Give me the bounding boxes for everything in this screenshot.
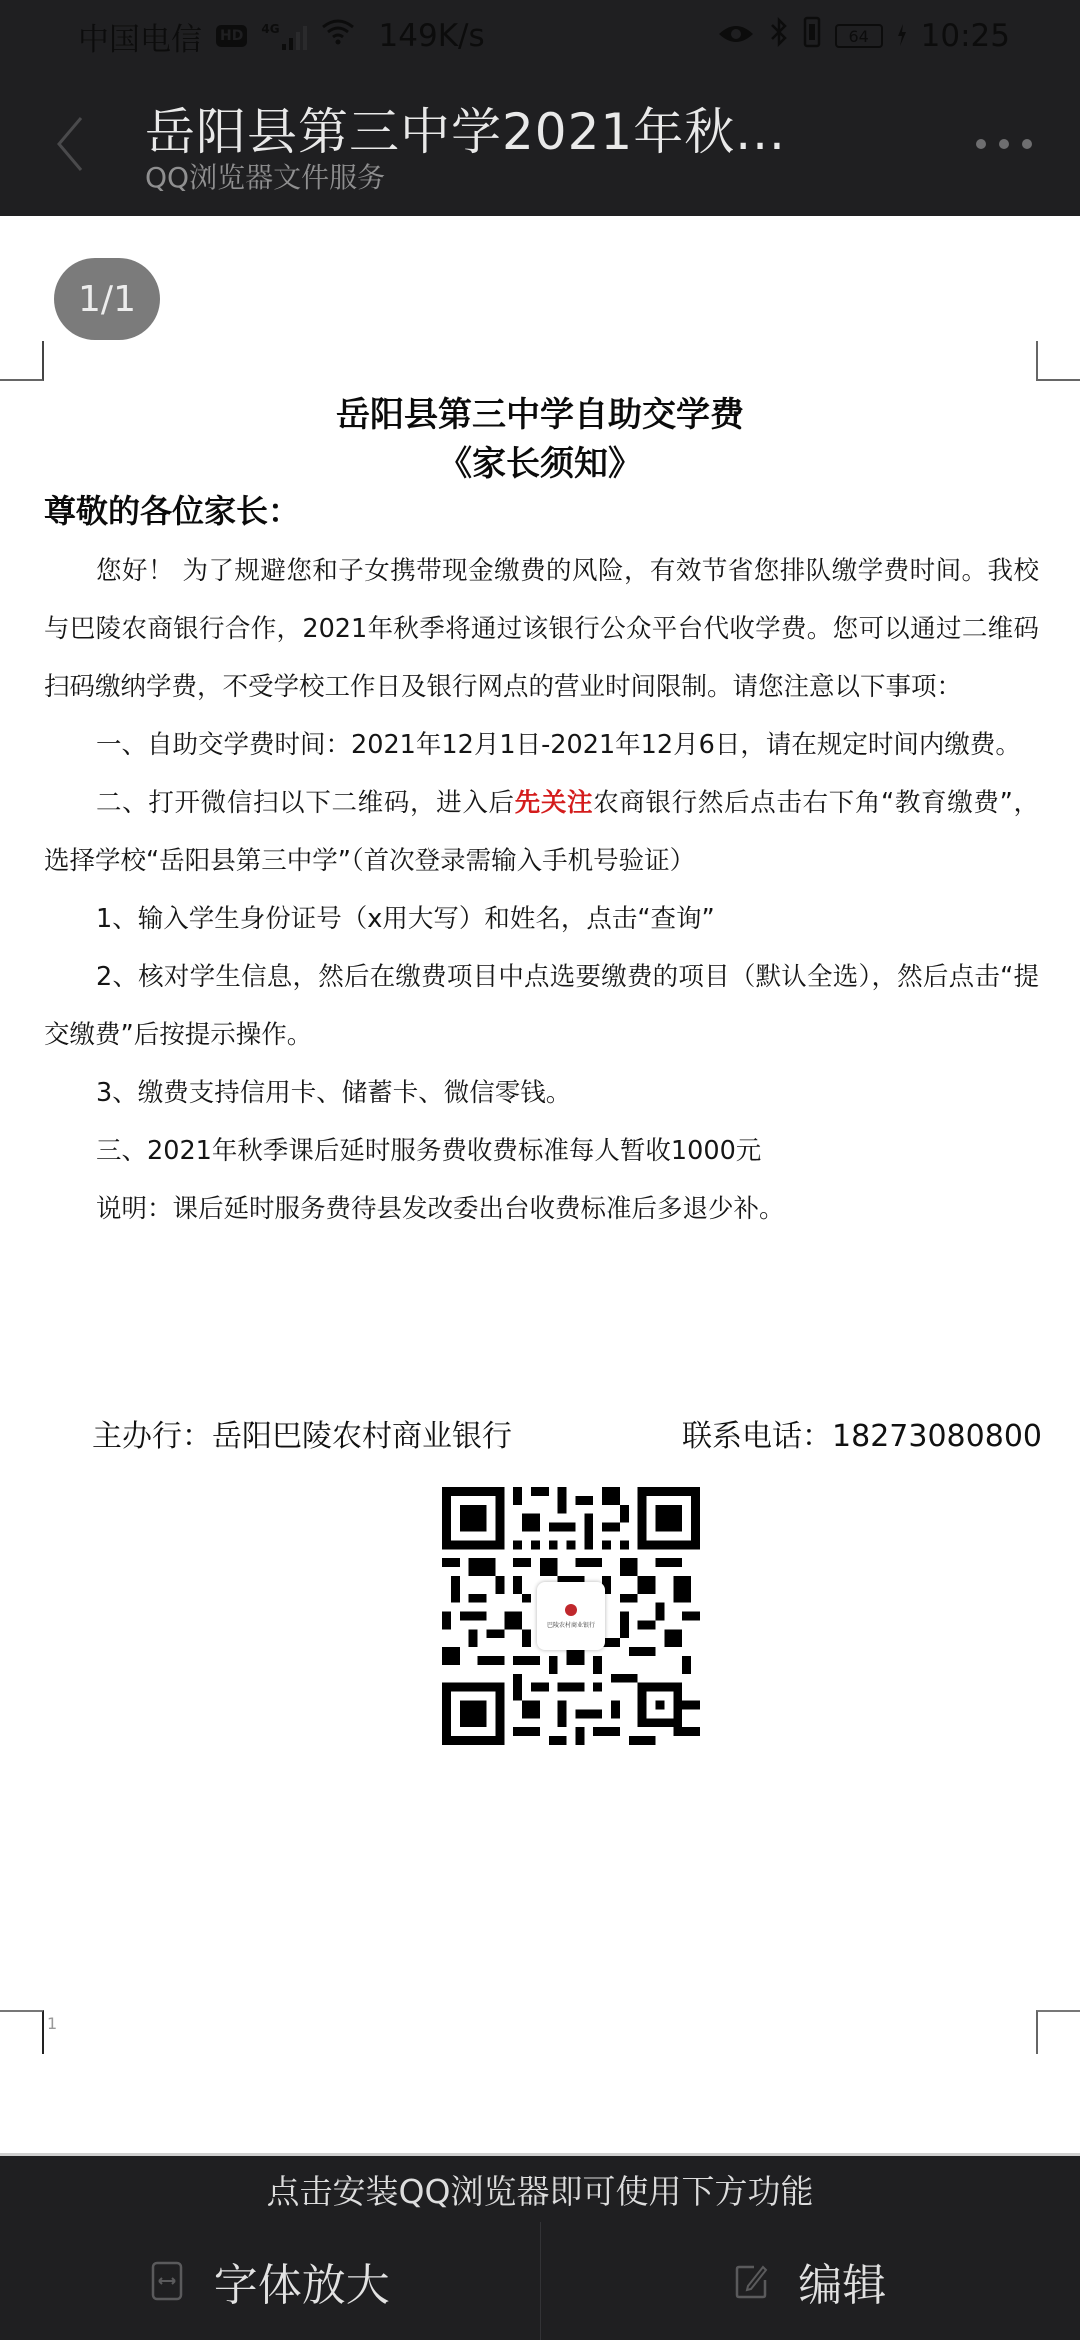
back-button[interactable] (40, 108, 100, 180)
hd-badge: HD (216, 25, 247, 47)
more-dot (999, 139, 1009, 149)
status-left: 中国电信 HD 4G 149K/s (78, 14, 485, 59)
paragraph-instructions: 二、打开微信扫以下二维码，进入后先关注农商银行然后点击右下角“教育缴费”，选择学… (44, 774, 1039, 890)
more-dots-icon (976, 139, 986, 149)
bottom-toolbar: 字体放大 编辑 (0, 2222, 1080, 2340)
font-enlarge-icon (150, 2260, 184, 2302)
highlight-follow-first: 先关注 (515, 788, 594, 818)
edit-icon (734, 2260, 768, 2302)
bank-logo-text: 巴陵农村商业银行 (547, 1620, 595, 1629)
document-title: 岳阳县第三中学自助交学费 (0, 387, 1080, 436)
organizer-bank: 主办行：岳阳巴陵农村商业银行 (92, 1411, 512, 1455)
paragraph-time: 一、自助交学费时间：2021年12月1日-2021年12月6日，请在规定时间内缴… (44, 716, 1039, 774)
edit-label: 编辑 (798, 2249, 886, 2313)
signal-icon: 4G (261, 22, 306, 50)
vibrate-icon (803, 16, 821, 56)
contact-phone: 联系电话：18273080800 (682, 1411, 1042, 1455)
paragraph-fee: 三、2021年秋季课后延时服务费收费标准每人暂收1000元 (44, 1122, 1039, 1180)
font-enlarge-button[interactable]: 字体放大 (0, 2222, 540, 2340)
eye-comfort-icon (717, 18, 755, 54)
page-subtitle: QQ浏览器文件服务 (145, 156, 385, 196)
network-speed: 149K/s (379, 18, 485, 54)
install-banner[interactable]: 点击安装QQ浏览器即可使用下方功能 (0, 2156, 1080, 2222)
document-subtitle: 《家长须知》 (0, 436, 1080, 485)
network-type: 4G (261, 22, 279, 36)
paragraph-note: 说明：课后延时服务费待县发改委出台收费标准后多退少补。 (44, 1180, 1039, 1238)
crop-mark-bottom-right (1036, 2010, 1080, 2054)
battery-icon: 64 (835, 24, 883, 48)
bluetooth-icon (769, 17, 789, 55)
crop-mark-top-right (1036, 341, 1080, 381)
instructions-before: 二、打开微信扫以下二维码，进入后 (96, 788, 515, 818)
font-enlarge-label: 字体放大 (214, 2249, 390, 2313)
paragraph-intro: 您好！ 为了规避您和子女携带现金缴费的风险，有效节省您排队缴学费时间。我校与巴陵… (44, 542, 1039, 716)
edit-button[interactable]: 编辑 (540, 2222, 1080, 2340)
status-right: 64 10:25 (717, 16, 1010, 56)
battery-level: 64 (848, 27, 868, 46)
qr-code: 巴陵农村商业银行 (442, 1487, 700, 1745)
page-number: 1 (47, 2014, 57, 2033)
more-options-button[interactable] (968, 118, 1040, 170)
paragraph-step-2: 2、核对学生信息，然后在缴费项目中点选要缴费的项目（默认全选），然后点击“提交缴… (44, 948, 1039, 1064)
paragraph-step-1: 1、输入学生身份证号（x用大写）和姓名，点击“查询” (44, 890, 1039, 948)
bank-logo-icon (565, 1604, 577, 1616)
clock: 10:25 (921, 18, 1010, 54)
crop-mark-bottom-left (0, 2010, 44, 2054)
crop-mark-top-left (0, 341, 44, 381)
charging-icon (897, 18, 907, 54)
wifi-icon (321, 18, 355, 54)
paragraph-step-3: 3、缴费支持信用卡、储蓄卡、微信零钱。 (44, 1064, 1039, 1122)
more-dot (1022, 139, 1032, 149)
app-header: 岳阳县第三中学2021年秋... QQ浏览器文件服务 (0, 72, 1080, 216)
document-viewer[interactable]: 1/1 岳阳县第三中学自助交学费 《家长须知》 尊敬的各位家长： 您好！ 为了规… (0, 217, 1080, 2153)
page-indicator: 1/1 (54, 258, 160, 340)
document-body: 您好！ 为了规避您和子女携带现金缴费的风险，有效节省您排队缴学费时间。我校与巴陵… (44, 542, 1039, 1238)
carrier-name: 中国电信 (78, 14, 202, 59)
page-title: 岳阳县第三中学2021年秋... (145, 92, 786, 164)
salutation: 尊敬的各位家长： (44, 486, 300, 532)
bank-logo: 巴陵农村商业银行 (537, 1582, 605, 1650)
status-bar: 中国电信 HD 4G 149K/s 64 10:25 (0, 0, 1080, 72)
contact-line: 主办行：岳阳巴陵农村商业银行 联系电话：18273080800 (92, 1411, 1042, 1455)
chevron-left-icon (55, 116, 85, 172)
